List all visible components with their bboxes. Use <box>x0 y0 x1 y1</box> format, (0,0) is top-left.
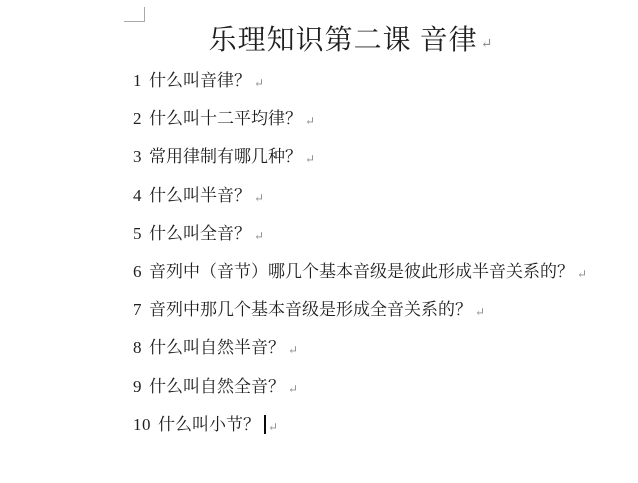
paragraph-mark-icon: ↵ <box>254 191 264 205</box>
question-number: 1 <box>133 62 142 100</box>
question-number: 3 <box>133 138 142 176</box>
question-text: 音列中（音节）哪几个基本音级是彼此形成半音关系的？ <box>149 262 574 281</box>
question-number: 7 <box>133 291 142 329</box>
question-number: 9 <box>133 368 142 406</box>
question-text: 什么叫半音？ <box>149 186 251 205</box>
question-row-6[interactable]: 6音列中（音节）哪几个基本音级是彼此形成半音关系的？↵ <box>133 253 638 291</box>
paragraph-mark-icon: ↵ <box>268 420 278 434</box>
question-row-8[interactable]: 8什么叫自然半音？↵ <box>133 329 638 367</box>
document-title: 乐理知识第二课 音律 <box>209 25 478 56</box>
question-number: 4 <box>133 177 142 215</box>
question-number: 2 <box>133 100 142 138</box>
question-text: 什么叫自然全音？ <box>149 377 285 396</box>
question-number: 5 <box>133 215 142 253</box>
paragraph-mark-icon: ↵ <box>577 267 587 281</box>
question-text: 常用律制有哪几种？ <box>149 147 302 166</box>
question-list: 1什么叫音律？↵ 2什么叫十二平均律？↵ 3常用律制有哪几种？↵ 4什么叫半音？… <box>133 62 638 444</box>
page-margin-corner-mark-icon <box>124 7 145 22</box>
document-title-line[interactable]: 乐理知识第二课 音律↵ <box>133 24 569 62</box>
question-row-4[interactable]: 4什么叫半音？↵ <box>133 177 638 215</box>
question-row-2[interactable]: 2什么叫十二平均律？↵ <box>133 100 638 138</box>
question-row-7[interactable]: 7音列中那几个基本音级是形成全音关系的？↵ <box>133 291 638 329</box>
question-number: 8 <box>133 329 142 367</box>
question-row-9[interactable]: 9什么叫自然全音？↵ <box>133 368 638 406</box>
question-text: 什么叫音律？ <box>149 71 251 90</box>
question-row-5[interactable]: 5什么叫全音？↵ <box>133 215 638 253</box>
paragraph-mark-icon: ↵ <box>475 305 485 319</box>
paragraph-mark-icon: ↵ <box>305 114 315 128</box>
question-number: 10 <box>133 406 151 444</box>
question-number: 6 <box>133 253 142 291</box>
question-text: 什么叫全音？ <box>149 224 251 243</box>
question-text: 音列中那几个基本音级是形成全音关系的？ <box>149 300 472 319</box>
question-text: 什么叫十二平均律？ <box>149 109 302 128</box>
text-cursor <box>264 415 266 434</box>
question-row-1[interactable]: 1什么叫音律？↵ <box>133 62 638 100</box>
question-text: 什么叫自然半音？ <box>149 338 285 357</box>
paragraph-mark-icon: ↵ <box>481 37 494 52</box>
question-row-10[interactable]: 10什么叫小节？↵ <box>133 406 638 444</box>
paragraph-mark-icon: ↵ <box>254 229 264 243</box>
paragraph-mark-icon: ↵ <box>288 382 298 396</box>
paragraph-mark-icon: ↵ <box>254 76 264 90</box>
question-row-3[interactable]: 3常用律制有哪几种？↵ <box>133 138 638 176</box>
document-page[interactable]: 乐理知识第二课 音律↵ 1什么叫音律？↵ 2什么叫十二平均律？↵ 3常用律制有哪… <box>0 0 638 483</box>
paragraph-mark-icon: ↵ <box>305 152 315 166</box>
paragraph-mark-icon: ↵ <box>288 343 298 357</box>
question-text: 什么叫小节？ <box>158 415 260 434</box>
